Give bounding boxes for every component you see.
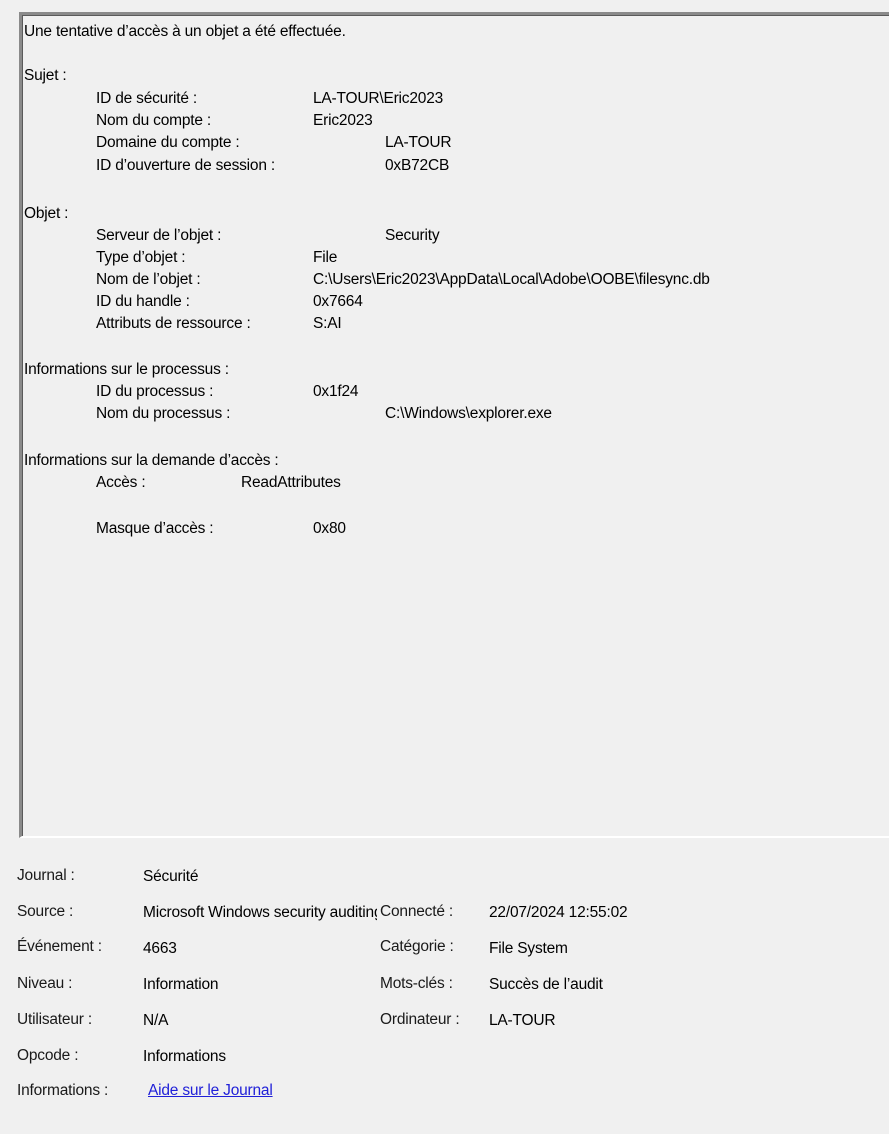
field-label: Masque d’accès : [96,519,213,539]
field-label: Domaine du compte : [96,133,240,153]
field-value-access-mask: 0x80 [313,519,346,539]
field-label: Attributs de ressource : [96,314,251,334]
section-title-access-request: Informations sur la demande d’accès : [24,451,279,471]
value-source[interactable]: Microsoft Windows security auditing. [143,903,377,923]
value-opcode[interactable]: Informations [143,1047,226,1067]
value-mots-cles[interactable]: Succès de l’audit [489,975,603,995]
field-label: ID d’ouverture de session : [96,156,275,176]
label-source: Source : [17,902,73,922]
field-label: Nom du compte : [96,111,211,131]
field-label: ID du handle : [96,292,190,312]
field-value-account-name: Eric2023 [313,111,373,131]
event-headline: Une tentative d’accès à un objet a été e… [24,22,346,42]
field-value-account-domain: LA-TOUR [385,133,451,153]
field-value-resource-attributes: S:AI [313,314,342,334]
label-ordinateur: Ordinateur : [380,1010,459,1030]
field-value-process-name: C:\Windows\explorer.exe [385,404,552,424]
label-evenement: Événement : [17,937,102,957]
value-ordinateur[interactable]: LA-TOUR [489,1011,555,1031]
value-categorie[interactable]: File System [489,939,568,959]
field-label: Serveur de l’objet : [96,226,221,246]
value-utilisateur[interactable]: N/A [143,1011,168,1031]
field-label: Nom de l’objet : [96,270,201,290]
field-label: Accès : [96,473,145,493]
event-log-help-link[interactable]: Aide sur le Journal [148,1081,273,1101]
field-value-object-name: C:\Users\Eric2023\AppData\Local\Adobe\OO… [313,270,710,290]
label-utilisateur: Utilisateur : [17,1010,92,1030]
value-evenement[interactable]: 4663 [143,939,177,959]
border-shadow-left [22,15,23,836]
label-opcode: Opcode : [17,1046,78,1066]
field-value-object-server: Security [385,226,439,246]
value-niveau[interactable]: Information [143,975,218,995]
field-label: ID du processus : [96,382,213,402]
label-informations: Informations : [17,1081,108,1101]
label-journal: Journal : [17,866,75,886]
field-value-accesses: ReadAttributes [241,473,341,493]
field-value-security-id: LA-TOUR\Eric2023 [313,89,443,109]
field-label: Type d’objet : [96,248,185,268]
section-title-sujet: Sujet : [24,66,67,86]
label-categorie: Catégorie : [380,937,454,957]
section-title-process: Informations sur le processus : [24,360,229,380]
field-label: Nom du processus : [96,404,230,424]
field-value-handle-id: 0x7664 [313,292,363,312]
field-value-logon-id: 0xB72CB [385,156,449,176]
section-title-objet: Objet : [24,204,68,224]
label-connecte: Connecté : [380,902,453,922]
label-niveau: Niveau : [17,974,72,994]
label-mots-cles: Mots-clés : [380,974,453,994]
field-label: ID de sécurité : [96,89,197,109]
field-value-object-type: File [313,248,337,268]
border-shadow-top [22,15,889,16]
value-journal[interactable]: Sécurité [143,867,198,887]
value-connecte[interactable]: 22/07/2024 12:55:02 [489,903,627,923]
field-value-process-id: 0x1f24 [313,382,358,402]
event-description-textbox[interactable]: Une tentative d’accès à un objet a été e… [19,12,889,838]
